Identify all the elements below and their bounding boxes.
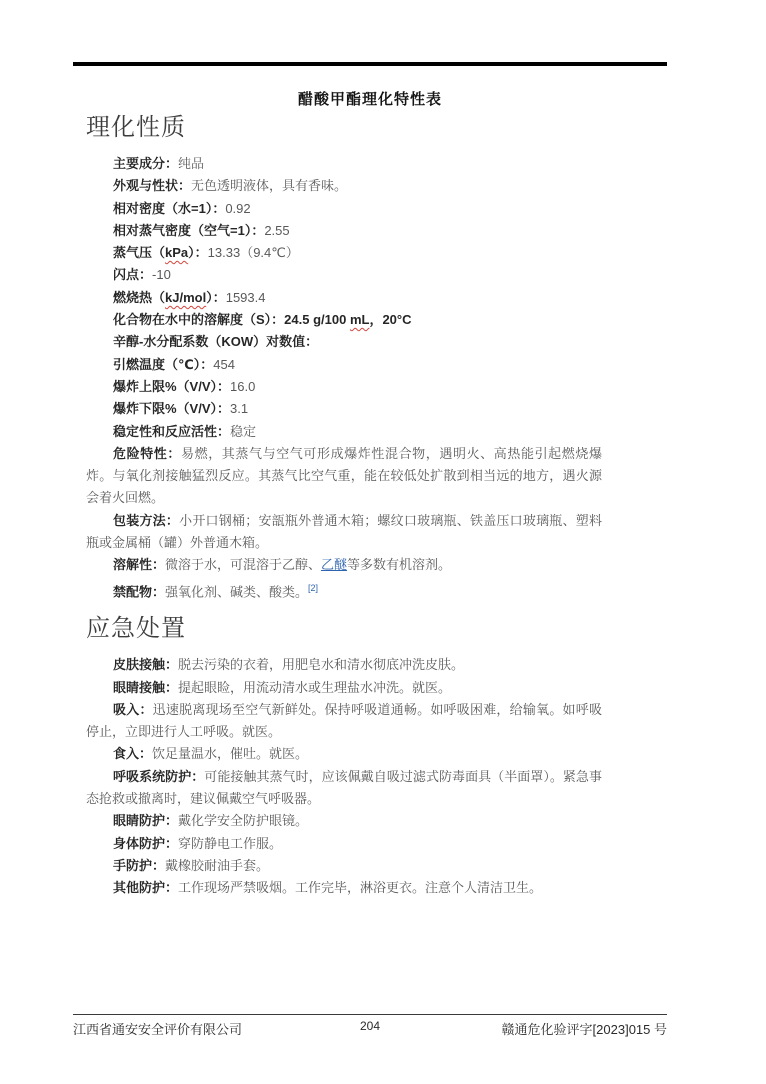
property-line: 呼吸系统防护：可能接触其蒸气时，应该佩戴自吸过滤式防毒面具（半面罩）。紧急事态抢… [86, 766, 602, 811]
property-label: 蒸气压（ [113, 245, 165, 260]
spellcheck-wavy-text: kPa [165, 245, 188, 260]
property-label: 燃烧热（ [113, 290, 165, 305]
property-line: 蒸气压（kPa）：13.33（9.4℃） [86, 242, 602, 264]
property-label: ，20°C [369, 312, 411, 327]
property-label: 身体防护： [113, 836, 178, 851]
property-line: 包装方法：小开口钢桶；安瓿瓶外普通木箱；螺纹口玻璃瓶、铁盖压口玻璃瓶、塑料瓶或金… [86, 510, 602, 555]
property-label: 呼吸系统防护： [113, 769, 204, 784]
property-value: 迅速脱离现场至空气新鲜处。保持呼吸道通畅。如呼吸困难，给输氧。如呼吸停止，立即进… [86, 702, 602, 739]
property-label: 稳定性和反应活性： [113, 424, 230, 439]
property-line: 相对蒸气密度（空气=1）：2.55 [86, 220, 602, 242]
property-label: 相对蒸气密度（空气=1）： [113, 223, 264, 238]
property-value: 1593.4 [226, 290, 266, 305]
ether-link[interactable]: 乙醚 [321, 557, 347, 572]
property-label: 相对密度（水=1）： [113, 201, 225, 216]
property-line: 主要成分：纯品 [86, 153, 602, 175]
property-value: 13.33（9.4℃） [208, 245, 299, 260]
property-line: 相对密度（水=1）：0.92 [86, 198, 602, 220]
property-line: 食入：饮足量温水，催吐。就医。 [86, 743, 602, 765]
property-label: 闪点： [113, 267, 152, 282]
spellcheck-wavy-text: mL [350, 312, 370, 327]
property-value: 2.55 [264, 223, 289, 238]
property-value: 等多数有机溶剂。 [347, 557, 451, 572]
property-label: ）： [188, 245, 208, 260]
property-line: 眼睛接触：提起眼睑，用流动清水或生理盐水冲洗。就医。 [86, 677, 602, 699]
property-value: 工作现场严禁吸烟。工作完毕，淋浴更衣。注意个人清洁卫生。 [178, 880, 542, 895]
property-value: 3.1 [230, 401, 248, 416]
property-label: 眼睛防护： [113, 813, 178, 828]
property-line: 手防护：戴橡胶耐油手套。 [86, 855, 602, 877]
property-line: 溶解性：微溶于水，可混溶于乙醇、乙醚等多数有机溶剂。 [86, 554, 602, 576]
property-label: 食入： [113, 746, 152, 761]
property-value: 16.0 [230, 379, 255, 394]
property-line: 爆炸下限%（V/V）：3.1 [86, 398, 602, 420]
property-line: 危险特性：易燃，其蒸气与空气可形成爆炸性混合物，遇明火、高热能引起燃烧爆炸。与氧… [86, 443, 602, 510]
property-label: 包装方法： [113, 513, 179, 528]
property-value: 饮足量温水，催吐。就医。 [152, 746, 308, 761]
property-label: 引燃温度（℃）： [113, 357, 213, 372]
property-label: ）： [206, 290, 226, 305]
property-line: 爆炸上限%（V/V）：16.0 [86, 376, 602, 398]
property-value: 稳定 [230, 424, 256, 439]
footer-doc-number: 赣通危化验评字[2023]015 号 [502, 1019, 667, 1038]
property-label: 禁配物： [113, 584, 165, 599]
property-line: 其他防护：工作现场严禁吸烟。工作完毕，淋浴更衣。注意个人清洁卫生。 [86, 877, 602, 899]
property-label: 外观与性状： [113, 178, 191, 193]
property-value: 提起眼睑，用流动清水或生理盐水冲洗。就医。 [178, 680, 451, 695]
property-value: 戴橡胶耐油手套。 [165, 858, 269, 873]
property-value: 454 [213, 357, 235, 372]
property-value: 穿防静电工作服。 [178, 836, 282, 851]
spellcheck-wavy-text: kJ/mol [165, 290, 206, 305]
section: 理化性质主要成分：纯品外观与性状：无色透明液体，具有香味。相对密度（水=1）：0… [86, 112, 602, 603]
document-body: 理化性质主要成分：纯品外观与性状：无色透明液体，具有香味。相对密度（水=1）：0… [86, 112, 602, 900]
property-value: 脱去污染的衣着，用肥皂水和清水彻底冲洗皮肤。 [178, 657, 464, 672]
property-value: 无色透明液体，具有香味。 [191, 178, 347, 193]
property-label: 溶解性： [113, 557, 165, 572]
property-label: 眼睛接触： [113, 680, 178, 695]
property-label: 爆炸上限%（V/V）： [113, 379, 230, 394]
property-line: 禁配物：强氧化剂、碱类、酸类。[2] [86, 577, 602, 604]
property-line: 身体防护：穿防静电工作服。 [86, 833, 602, 855]
property-line: 引燃温度（℃）：454 [86, 354, 602, 376]
section-heading: 应急处置 [86, 613, 602, 645]
property-value: -10 [152, 267, 171, 282]
property-value: 戴化学安全防护眼镜。 [178, 813, 308, 828]
property-label: 化合物在水中的溶解度（S）：24.5 g/100 [113, 312, 350, 327]
page-footer: 江西省通安安全评价有限公司 204 赣通危化验评字[2023]015 号 [73, 1019, 667, 1039]
property-value: 微溶于水，可混溶于乙醇、 [165, 557, 321, 572]
property-line: 皮肤接触：脱去污染的衣着，用肥皂水和清水彻底冲洗皮肤。 [86, 654, 602, 676]
property-value: 纯品 [178, 156, 204, 171]
property-label: 吸入： [113, 702, 153, 717]
property-line: 辛醇-水分配系数（KOW）对数值： [86, 331, 602, 353]
property-label: 手防护： [113, 858, 165, 873]
reference-superscript[interactable]: [2] [308, 583, 318, 593]
property-label: 主要成分： [113, 156, 178, 171]
document-title: 醋酸甲酯理化特性表 [73, 88, 667, 109]
section: 应急处置皮肤接触：脱去污染的衣着，用肥皂水和清水彻底冲洗皮肤。眼睛接触：提起眼睑… [86, 613, 602, 899]
property-label: 其他防护： [113, 880, 178, 895]
property-label: 危险特性： [113, 446, 181, 461]
property-value: 0.92 [225, 201, 250, 216]
property-line: 闪点：-10 [86, 264, 602, 286]
property-line: 眼睛防护：戴化学安全防护眼镜。 [86, 810, 602, 832]
document-page: 醋酸甲酯理化特性表 理化性质主要成分：纯品外观与性状：无色透明液体，具有香味。相… [0, 0, 766, 1084]
section-heading: 理化性质 [86, 112, 602, 144]
property-value: 强氧化剂、碱类、酸类。 [165, 584, 308, 599]
property-line: 外观与性状：无色透明液体，具有香味。 [86, 175, 602, 197]
property-line: 化合物在水中的溶解度（S）：24.5 g/100 mL，20°C [86, 309, 602, 331]
header-rule [73, 62, 667, 66]
property-line: 吸入：迅速脱离现场至空气新鲜处。保持呼吸道通畅。如呼吸困难，给输氧。如呼吸停止，… [86, 699, 602, 744]
property-label: 辛醇-水分配系数（KOW）对数值： [113, 334, 318, 349]
property-line: 燃烧热（kJ/mol）：1593.4 [86, 287, 602, 309]
property-label: 皮肤接触： [113, 657, 178, 672]
property-line: 稳定性和反应活性：稳定 [86, 421, 602, 443]
footer-rule [73, 1014, 667, 1015]
property-label: 爆炸下限%（V/V）： [113, 401, 230, 416]
